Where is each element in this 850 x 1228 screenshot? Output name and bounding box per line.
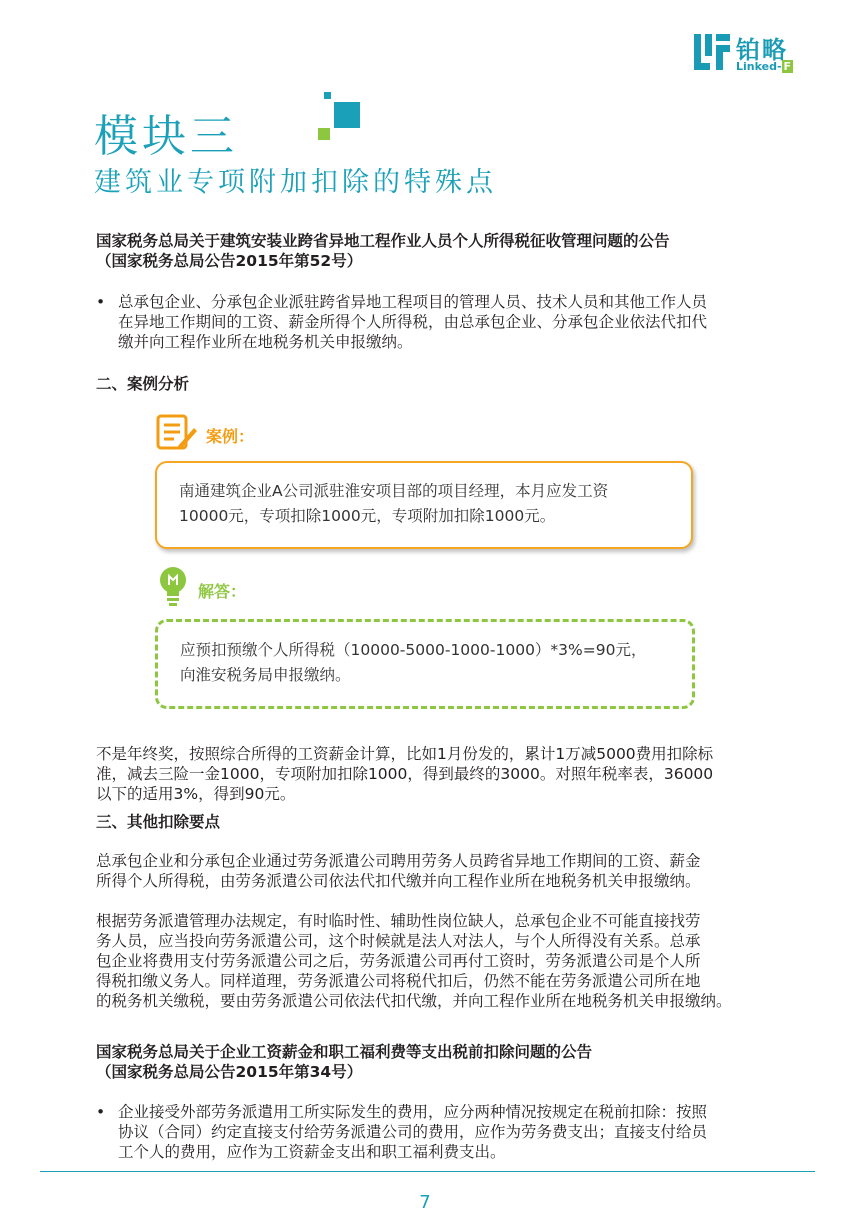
notepad-pencil-icon <box>156 412 198 452</box>
heading-line: 国家税务总局关于企业工资薪金和职工福利费等支出税前扣除问题的公告 <box>96 1042 786 1062</box>
answer-label-text: 解答： <box>198 579 246 602</box>
bullet-item: • 总承包企业、分承包企业派驻跨省异地工程项目的管理人员、技术人员和其他工作人员… <box>96 292 786 352</box>
case-text: 南通建筑企业A公司派驻淮安项目部的项目经理，本月应发工资 10000元，专项扣除… <box>179 479 608 529</box>
bullet-icon: • <box>96 292 105 312</box>
text-line: 向淮安税务局申报缴纳。 <box>180 663 646 688</box>
text-line: 应预扣预缴个人所得税（10000-5000-1000-1000）*3%=90元， <box>180 638 646 663</box>
text-line: 务人员，应当投向劳务派遣公司，这个时候就是法人对法人，与个人所得没有关系。总承 <box>96 931 786 951</box>
logo-en-suffix: F <box>782 60 794 73</box>
text-line: 企业接受外部劳务派遣用工所实际发生的费用，应分两种情况按规定在税前扣除：按照 <box>118 1102 786 1122</box>
text-line: 南通建筑企业A公司派驻淮安项目部的项目经理，本月应发工资 <box>179 479 608 504</box>
text-line: 10000元，专项扣除1000元，专项附加扣除1000元。 <box>179 504 608 529</box>
bullet-item: • 企业接受外部劳务派遣用工所实际发生的费用，应分两种情况按规定在税前扣除：按照… <box>96 1102 786 1162</box>
case-box: 南通建筑企业A公司派驻淮安项目部的项目经理，本月应发工资 10000元，专项扣除… <box>155 461 693 549</box>
text-line: 总承包企业和分承包企业通过劳务派遣公司聘用劳务人员跨省异地工作期间的工资、薪金 <box>96 851 786 871</box>
logo-en-text: Linked- <box>736 60 782 73</box>
text-line: 总承包企业、分承包企业派驻跨省异地工程项目的管理人员、技术人员和其他工作人员 <box>118 292 786 312</box>
answer-label: 解答： <box>156 565 276 609</box>
case-label: 案例： <box>156 412 276 456</box>
explanation-paragraph: 不是年终奖，按照综合所得的工资薪金计算，比如1月份发的，累计1万减5000费用扣… <box>96 744 786 804</box>
other-deductions-paragraph-2: 根据劳务派遣管理办法规定，有时临时性、辅助性岗位缺人，总承包企业不可能直接找劳 … <box>96 911 786 1011</box>
section2-heading: 国家税务总局关于企业工资薪金和职工福利费等支出税前扣除问题的公告 （国家税务总局… <box>96 1042 786 1082</box>
text-line: 在异地工作期间的工资、薪金所得个人所得税，由总承包企业、分承包企业依法代扣代 <box>118 312 786 332</box>
footer-divider <box>40 1171 815 1172</box>
answer-box: 应预扣预缴个人所得税（10000-5000-1000-1000）*3%=90元，… <box>155 619 695 709</box>
module-title: 模块三 <box>94 100 238 164</box>
text-line: 工个人的费用，应作为工资薪金支出和职工福利费支出。 <box>118 1142 786 1162</box>
text-line: 得税扣缴义务人。同样道理，劳务派遣公司将税代扣后，仍然不能在劳务派遣公司所在地 <box>96 971 786 991</box>
heading-line: （国家税务总局公告2015年第34号） <box>96 1062 786 1082</box>
text-line: 以下的适用3%，得到90元。 <box>96 784 786 804</box>
decorative-square-icon <box>334 102 360 128</box>
case-label-text: 案例： <box>206 424 254 447</box>
text-line: 缴并向工程作业所在地税务机关申报缴纳。 <box>118 332 786 352</box>
lightbulb-icon <box>156 565 190 607</box>
bullet-icon: • <box>96 1102 105 1122</box>
text-line: 不是年终奖，按照综合所得的工资薪金计算，比如1月份发的，累计1万减5000费用扣… <box>96 744 786 764</box>
page-number: 7 <box>0 1192 850 1213</box>
text-line: 所得个人所得税，由劳务派遣公司依法代扣代缴并向工程作业所在地税务机关申报缴纳。 <box>96 871 786 891</box>
logo-english-name: Linked-F <box>736 60 793 73</box>
section1-heading: 国家税务总局关于建筑安装业跨省异地工程作业人员个人所得税征收管理问题的公告 （国… <box>96 231 786 271</box>
heading-line: 国家税务总局关于建筑安装业跨省异地工程作业人员个人所得税征收管理问题的公告 <box>96 231 786 251</box>
logo-mark-icon <box>694 34 730 70</box>
text-line: 包企业将费用支付劳务派遣公司之后，劳务派遣公司再付工资时，劳务派遣公司是个人所 <box>96 951 786 971</box>
decorative-square-icon <box>318 128 330 140</box>
other-deductions-heading: 三、其他扣除要点 <box>96 812 786 832</box>
heading-line: （国家税务总局公告2015年第52号） <box>96 251 786 271</box>
answer-text: 应预扣预缴个人所得税（10000-5000-1000-1000）*3%=90元，… <box>180 638 646 688</box>
text-line: 协议（合同）约定直接支付给劳务派遣公司的费用，应作为劳务费支出；直接支付给员 <box>118 1122 786 1142</box>
decorative-square-icon <box>324 92 331 99</box>
other-deductions-paragraph-1: 总承包企业和分承包企业通过劳务派遣公司聘用劳务人员跨省异地工作期间的工资、薪金 … <box>96 851 786 891</box>
case-analysis-heading: 二、案例分析 <box>96 374 786 394</box>
text-line: 的税务机关缴税，要由劳务派遣公司依法代扣代缴，并向工程作业所在地税务机关申报缴纳… <box>96 991 786 1011</box>
text-line: 根据劳务派遣管理办法规定，有时临时性、辅助性岗位缺人，总承包企业不可能直接找劳 <box>96 911 786 931</box>
brand-logo: 铂略 Linked-F <box>694 30 814 74</box>
text-line: 准，减去三险一金1000，专项附加扣除1000，得到最终的3000。对照年税率表… <box>96 764 786 784</box>
module-subtitle: 建筑业专项附加扣除的特殊点 <box>94 160 497 199</box>
